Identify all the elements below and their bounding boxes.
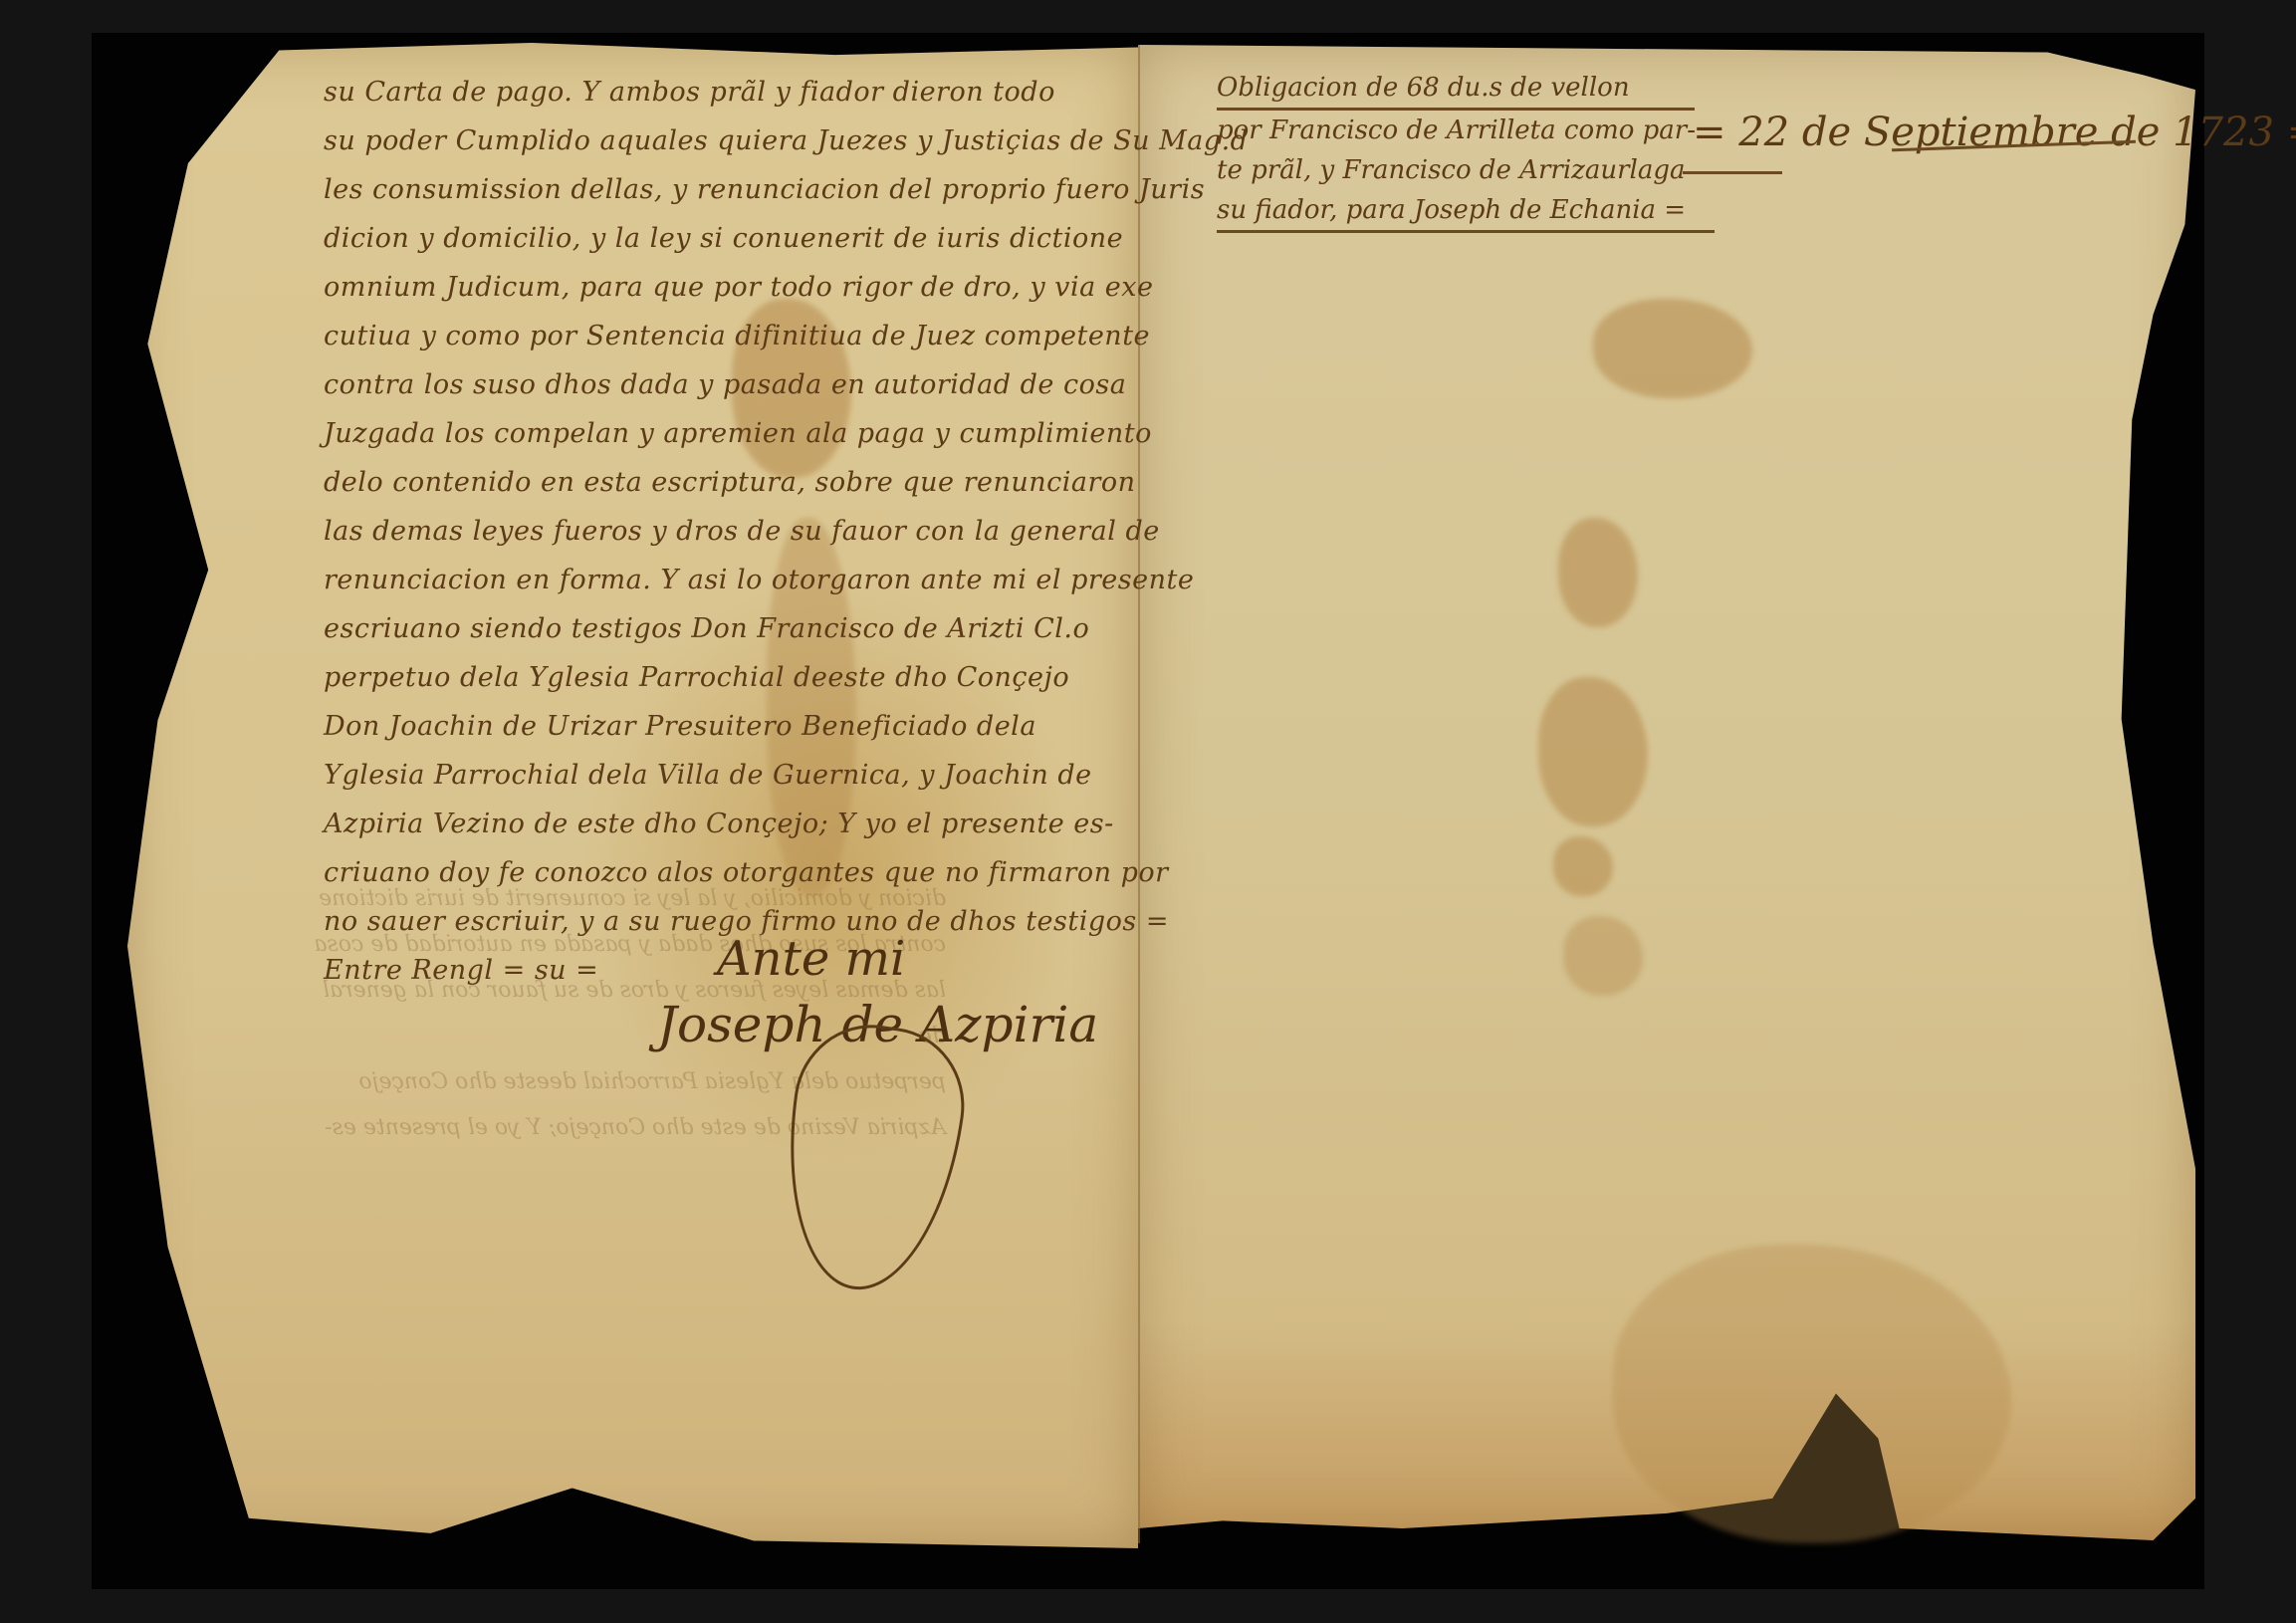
- water-stain: [1563, 916, 1643, 996]
- manuscript-line: las demas leyes fueros y dros de su fauo…: [324, 507, 1100, 556]
- manuscript-line: Yglesia Parrochial dela Villa de Guernic…: [324, 751, 1100, 800]
- book-gutter: [1138, 45, 1140, 1543]
- document-date: = 22 de Septiembre de 1723 =: [1693, 110, 2296, 155]
- manuscript-line: omnium Judicum, para que por todo rigor …: [324, 263, 1100, 312]
- manuscript-line: Juzgada los compelan y apremien ala paga…: [324, 409, 1100, 458]
- left-page-text: su Carta de pago. Y ambos prãl y fiador …: [324, 68, 1100, 995]
- manuscript-line: su Carta de pago. Y ambos prãl y fiador …: [324, 68, 1100, 116]
- right-page-heading: Obligacion de 68 du.s de vellon por Fran…: [1217, 68, 1715, 233]
- heading-line: Obligacion de 68 du.s de vellon: [1217, 68, 1695, 111]
- manuscript-line: Don Joachin de Urizar Presuitero Benefic…: [324, 702, 1100, 751]
- water-stain: [1593, 299, 1752, 398]
- notary-attestation-signature: Ante mi: [717, 931, 905, 987]
- manuscript-line: su poder Cumplido aquales quiera Juezes …: [324, 116, 1100, 165]
- manuscript-line: contra los suso dhos dada y pasada en au…: [324, 360, 1100, 409]
- manuscript-line: cutiua y como por Sentencia difinitiua d…: [324, 312, 1100, 360]
- heading-line: te prãl, y Francisco de Arrizaurlaga: [1217, 150, 1715, 190]
- manuscript-line: Azpiria Vezino de este dho Conçejo; Y yo…: [324, 800, 1100, 848]
- heading-line: por Francisco de Arrilleta como par-: [1217, 111, 1715, 150]
- bleed-line: dicion y domicilio, y la ley si conuener…: [299, 876, 946, 922]
- heading-line: su fiador, para Joseph de Echania =: [1217, 190, 1715, 233]
- water-stain: [1558, 518, 1638, 627]
- manuscript-line: delo contenido en esta escriptura, sobre…: [324, 458, 1100, 507]
- manuscript-line: renunciacion en forma. Y asi lo otorgaro…: [324, 556, 1100, 604]
- date-underline: [1683, 171, 1782, 174]
- water-stain: [1553, 836, 1613, 896]
- manuscript-line: les consumission dellas, y renunciacion …: [324, 165, 1100, 214]
- manuscript-line: perpetuo dela Yglesia Parrochial deeste …: [324, 653, 1100, 702]
- manuscript-line: dicion y domicilio, y la ley si conuener…: [324, 214, 1100, 263]
- manuscript-line: escriuano siendo testigos Don Francisco …: [324, 604, 1100, 653]
